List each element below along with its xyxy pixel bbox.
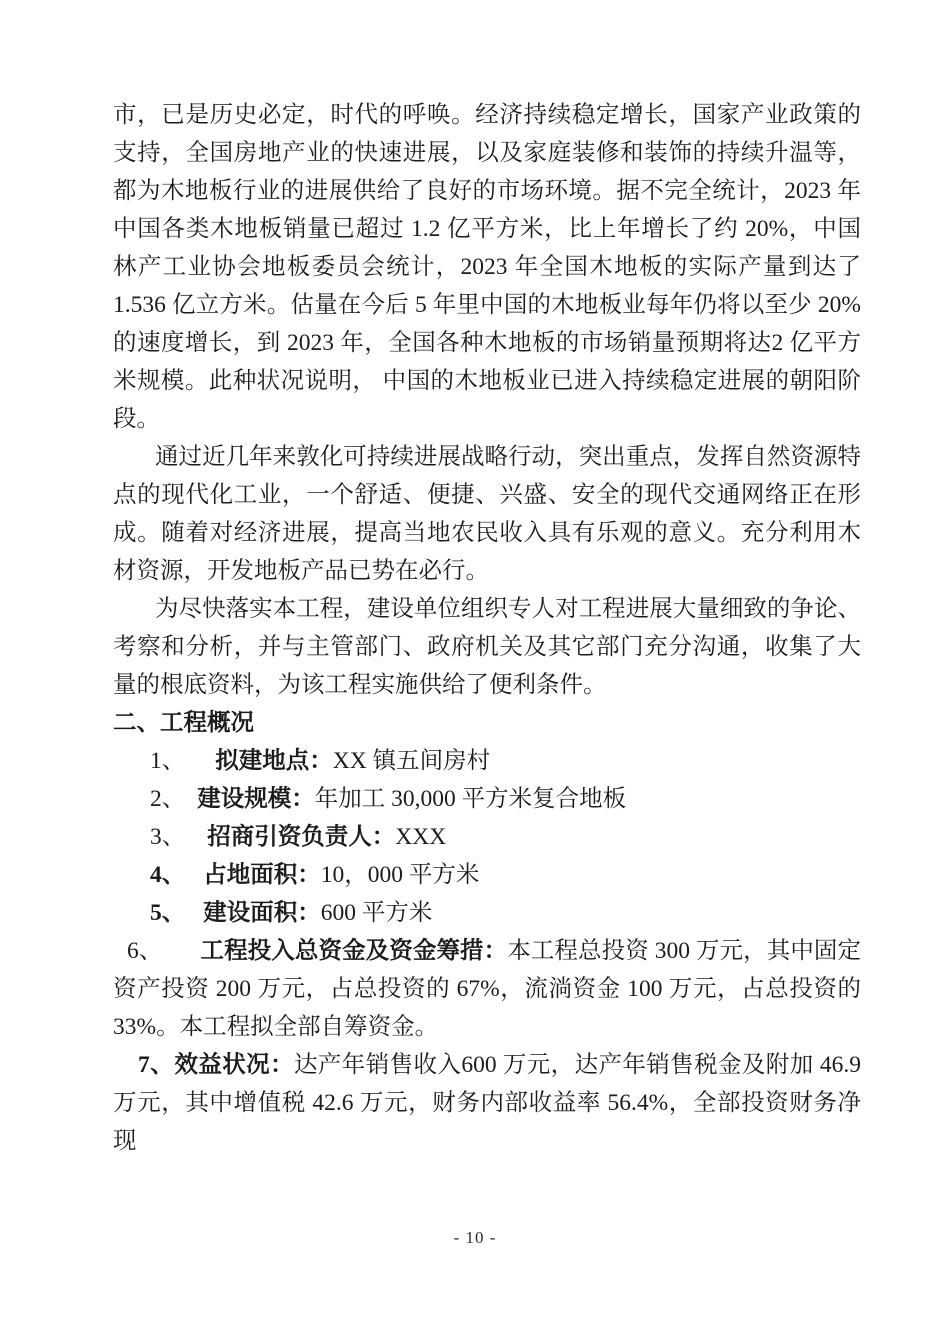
page-body: 市，已是历史必定，时代的呼唤。经济持续稳定增长，国家产业政策的支持，全国房地产业… xyxy=(113,96,861,1160)
item-value: XXX xyxy=(395,824,446,850)
item-number: 5、 xyxy=(150,900,185,926)
item-number: 6、 xyxy=(127,938,162,964)
item-label: 拟建地点： xyxy=(215,748,333,774)
item-label: 占地面积： xyxy=(203,862,321,888)
item-number: 2、 xyxy=(150,786,185,812)
document-page: 市，已是历史必定，时代的呼唤。经济持续稳定增长，国家产业政策的支持，全国房地产业… xyxy=(0,0,950,1344)
item-value: 年加工 30,000 平方米复合地板 xyxy=(315,786,626,812)
paragraph: 为尽快落实本工程，建设单位组织专人对工程进展大量细致的争论、考察和分析，并与主管… xyxy=(113,590,861,704)
item-number: 4、 xyxy=(150,862,185,888)
item-number: 7、 xyxy=(138,1052,174,1078)
list-item-3: 3、招商引资负责人：XXX xyxy=(150,818,861,856)
item-value: 10，000 平方米 xyxy=(321,862,480,888)
item-label: 招商引资负责人： xyxy=(207,824,395,850)
list-item-5: 5、建设面积：600 平方米 xyxy=(150,894,861,932)
item-label: 建设面积： xyxy=(203,900,321,926)
section-heading: 二、工程概况 xyxy=(113,704,861,742)
item-number: 1、 xyxy=(150,748,185,774)
list-item-1: 1、拟建地点：XX 镇五间房村 xyxy=(150,742,861,780)
list-item-2: 2、建设规模：年加工 30,000 平方米复合地板 xyxy=(150,780,861,818)
list-item-7: 7、效益状况：达产年销售收入600 万元，达产年销售税金及附加 46.9 万元，… xyxy=(113,1046,861,1160)
item-label: 效益状况： xyxy=(174,1052,294,1078)
item-label: 工程投入总资金及资金筹措： xyxy=(200,938,507,964)
item-value: XX 镇五间房村 xyxy=(333,748,490,774)
item-number: 3、 xyxy=(150,824,185,850)
list-item-4: 4、占地面积：10，000 平方米 xyxy=(150,856,861,894)
page-number: - 10 - xyxy=(0,1228,950,1248)
item-value: 600 平方米 xyxy=(321,900,433,926)
item-label: 建设规模： xyxy=(197,786,315,812)
paragraph: 市，已是历史必定，时代的呼唤。经济持续稳定增长，国家产业政策的支持，全国房地产业… xyxy=(113,96,861,438)
paragraph: 通过近几年来敦化可持续进展战略行动，突出重点，发挥自然资源特点的现代化工业，一个… xyxy=(113,438,861,590)
list-item-6: 6、工程投入总资金及资金筹措：本工程总投资 300 万元，其中固定资产投资 20… xyxy=(113,932,861,1046)
